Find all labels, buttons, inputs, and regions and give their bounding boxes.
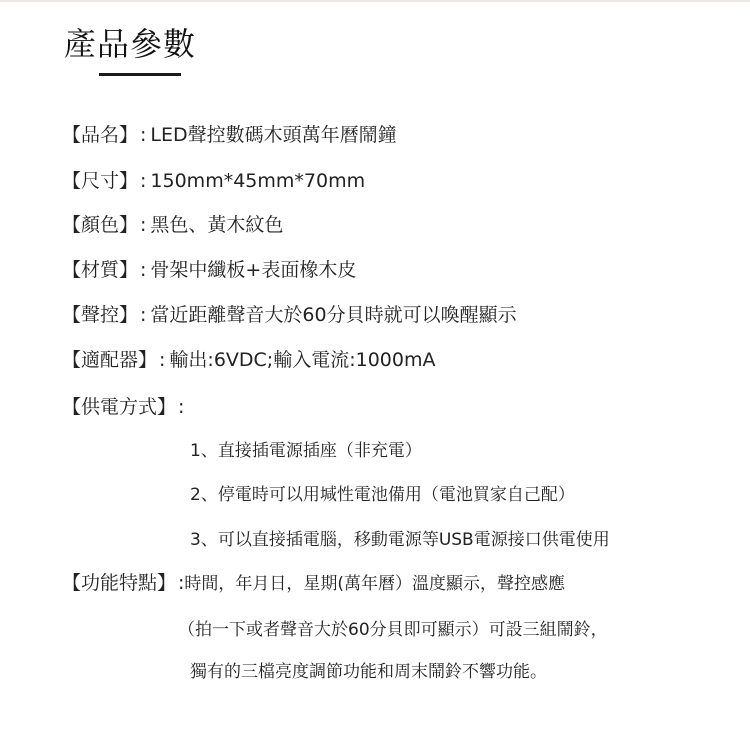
spec-row-name: 【品名】:LED聲控數碼木頭萬年曆鬧鐘 [62,122,397,148]
spec-row-power-supply: 【供電方式】: [62,394,188,420]
spec-value: 150mm*45mm*70mm [150,168,365,194]
feature-line-3: 獨有的三檔亮度調節功能和周末鬧鈴不響功能。 [190,660,547,684]
power-option-3: 3、可以直接插電腦，移動電源等USB電源接口供電使用 [190,528,610,552]
spec-label: 【供電方式】 [62,394,176,420]
spec-row-color: 【顏色】:黑色、黃木紋色 [62,212,283,238]
spec-label: 【品名】 [62,122,138,148]
spec-value: 輸出:6VDC;輸入電流:1000mA [169,347,435,373]
spec-row-features: 【功能特點】:時間，年月日，星期(萬年曆）溫度顯示，聲控感應 [62,570,565,597]
spec-value: 骨架中纖板+表面橡木皮 [150,257,356,283]
spec-row-adapter: 【適配器】:輸出:6VDC;輸入電流:1000mA [62,347,435,373]
spec-separator: : [159,347,165,373]
feature-line-1: 時間，年月日，星期(萬年曆）溫度顯示，聲控感應 [184,571,565,597]
spec-row-material: 【材質】:骨架中纖板+表面橡木皮 [62,257,356,283]
page-title: 產品參數 [64,22,196,66]
spec-value: 黑色、黃木紋色 [150,212,283,238]
spec-label: 【尺寸】 [62,168,138,194]
spec-row-voice-control: 【聲控】:當近距離聲音大於60分貝時就可以喚醒顯示 [62,302,517,328]
spec-separator: : [140,302,146,328]
spec-value: LED聲控數碼木頭萬年曆鬧鐘 [150,122,396,148]
power-option-1: 1、直接插電源插座（非充電） [190,439,422,463]
spec-separator: : [140,257,146,283]
power-option-2: 2、停電時可以用堿性電池備用（電池買家自己配） [190,483,575,507]
top-divider-strip [0,0,750,2]
title-underline [99,73,181,76]
spec-value: 當近距離聲音大於60分貝時就可以喚醒顯示 [150,302,516,328]
spec-separator: : [140,212,146,238]
spec-separator: : [140,168,146,194]
spec-label: 【功能特點】 [62,570,176,596]
spec-separator: : [178,394,184,420]
feature-line-2: （拍一下或者聲音大於60分貝即可顯示）可設三組鬧鈴， [178,618,608,642]
spec-label: 【聲控】 [62,302,138,328]
spec-row-size: 【尺寸】:150mm*45mm*70mm [62,168,365,194]
spec-label: 【材質】 [62,257,138,283]
spec-label: 【適配器】 [62,347,157,373]
spec-label: 【顏色】 [62,212,138,238]
spec-separator: : [140,122,146,148]
